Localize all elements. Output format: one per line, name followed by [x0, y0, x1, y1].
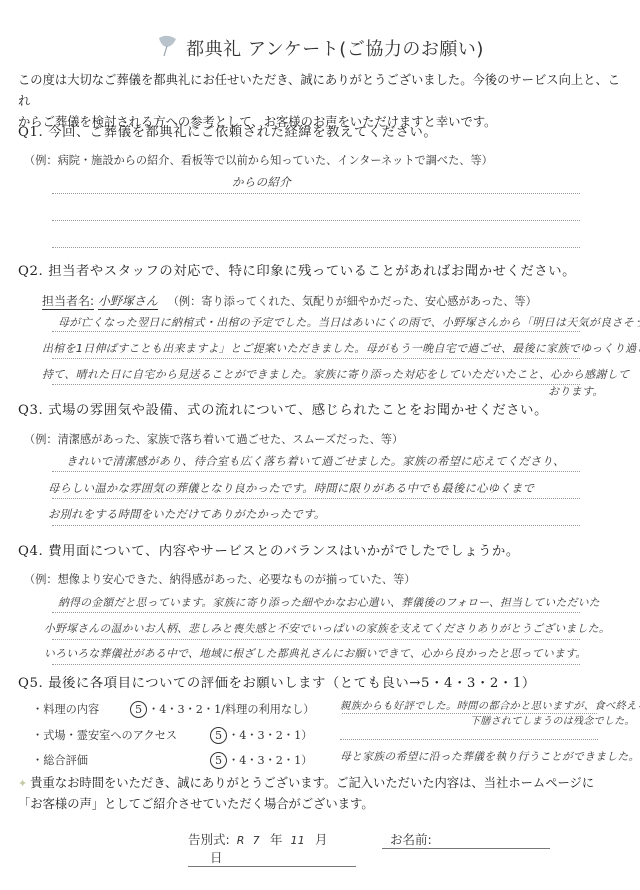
- rating-row-access: ・式場・霊安室へのアクセス5・4・3・2・1）: [32, 727, 312, 744]
- q3-answer-rule: [52, 498, 580, 499]
- rating-scale[interactable]: ・4・3・2・1/料理の利用なし）: [148, 703, 315, 716]
- q4-answer-rule: [52, 664, 580, 665]
- rating-label: ・料理の内容: [32, 701, 130, 717]
- q4-answer-line-2[interactable]: 小野塚さんの温かいお人柄、悲しみと喪失感と不安でいっぱいの家族を支えてくださりあ…: [44, 621, 610, 636]
- rating-comment-rule: [340, 739, 598, 740]
- q2-answer-line-2[interactable]: 出棺を1日伸ばすことも出来ますよ」とご提案いただきました。母がもう一晩自宅で過ご…: [42, 340, 640, 356]
- q4-answer-line-3[interactable]: いろいろな葬儀社がある中で、地域に根ざした都典礼さんにお願いできて、心から良かっ…: [44, 646, 586, 661]
- staff-name-label: 担当者名:: [42, 294, 94, 310]
- q2-answer-line-1[interactable]: 母が亡くなった翌日に納棺式・出棺の予定でした。当日はあいにくの雨で、小野塚さんか…: [58, 314, 640, 330]
- staff-name-field[interactable]: 担当者名: 小野塚さん （例：寄り添ってくれた、気配りが細やかだった、安心感があ…: [42, 292, 537, 309]
- q2-question: Q2. 担当者やスタッフの対応で、特に印象に残っていることがあればお聞かせくださ…: [18, 260, 576, 279]
- q4-answer-line-1[interactable]: 納得の金額だと思っています。家族に寄り添った細やかなお心遣い、葬儀後のフォロー、…: [58, 595, 600, 610]
- rating-option-5-selected[interactable]: 5: [130, 701, 147, 718]
- rating-row-food: ・料理の内容5・4・3・2・1/料理の利用なし）: [32, 701, 315, 718]
- era-value[interactable]: R: [237, 834, 245, 847]
- q3-example: （例：清潔感があった、家族で落ち着いて過ごせた、スムーズだった、等）: [24, 431, 403, 447]
- q1-answer-line-1[interactable]: からの紹介: [232, 174, 291, 190]
- month-value[interactable]: 11: [290, 834, 305, 847]
- q4-answer-rule: [52, 612, 580, 613]
- rating-row-overall: ・総合評価5・4・3・2・1）: [32, 752, 312, 769]
- q1-answer-rule: [52, 193, 580, 194]
- funeral-date-field[interactable]: 告別式: R 7 年 11 月 日: [188, 830, 356, 867]
- rating-option-5-selected[interactable]: 5: [210, 752, 227, 769]
- sparkle-icon: ✦: [18, 777, 27, 790]
- q5-question: Q5. 最後に各項目についての評価をお願いします（とても良い→5・4・3・2・1…: [18, 672, 536, 691]
- rating-label: ・総合評価: [32, 752, 210, 768]
- q2-answer-line-3[interactable]: 持て、晴れた日に自宅から見送ることができました。家族に寄り添った対応をしていただ…: [42, 366, 629, 382]
- q1-question: Q1. 今回、ご葬儀を都典礼にご依頼された経緯を教えてください。: [18, 121, 437, 140]
- name-field[interactable]: お名前:: [382, 830, 550, 849]
- q1-answer-rule: [52, 220, 580, 221]
- funeral-date-label: 告別式:: [188, 832, 230, 847]
- q4-answer-rule: [52, 639, 580, 640]
- name-label: お名前:: [390, 832, 432, 847]
- q2-answer-rule: [52, 384, 580, 385]
- q2-answer-line-4[interactable]: おります。: [548, 383, 604, 399]
- year-value[interactable]: 7: [253, 834, 260, 847]
- rating-comment-food-line-2[interactable]: 下膳されてしまうのは残念でした。: [470, 712, 635, 727]
- q3-question: Q3. 式場の雰囲気や設備、式の流れについて、感じられたことをお聞かせください。: [18, 399, 548, 418]
- q3-answer-rule: [52, 525, 580, 526]
- q2-answer-rule: [52, 358, 580, 359]
- q3-answer-rule: [52, 471, 580, 472]
- rating-scale[interactable]: ・4・3・2・1）: [228, 754, 312, 767]
- survey-title: 都典礼 アンケート(ご協力のお願い): [0, 34, 640, 63]
- q1-example: （例：病院・施設からの紹介、看板等で以前から知っていた、インターネットで調べた、…: [24, 152, 493, 168]
- q1-answer-rule: [52, 247, 580, 248]
- q3-answer-line-1[interactable]: きれいで清潔感があり、待合室も広く落ち着いて過ごせました。家族の希望に応えてくだ…: [66, 453, 565, 469]
- q3-answer-line-2[interactable]: 母らしい温かな雰囲気の葬儀となり良かったです。時間に限りがある中でも最後に心ゆく…: [48, 480, 534, 496]
- month-unit: 月: [315, 832, 328, 847]
- ginkgo-leaf-icon: [156, 34, 178, 63]
- q3-answer-line-3[interactable]: お別れをする時間をいただけてありがたかったです。: [48, 506, 325, 522]
- day-unit: 日: [210, 850, 223, 865]
- rating-scale[interactable]: ・4・3・2・1）: [228, 729, 312, 742]
- rating-comment-overall[interactable]: 母と家族の希望に沿った葬儀を執り行うことができました。: [340, 749, 640, 764]
- staff-name-value[interactable]: 小野塚さん: [98, 294, 158, 310]
- rating-label: ・式場・霊安室へのアクセス: [32, 727, 210, 743]
- q2-answer-rule: [52, 331, 580, 332]
- q4-example: （例：想像より安心できた、納得感があった、必要なものが揃っていた、等）: [24, 571, 415, 587]
- footer-note: ✦貴重なお時間をいただき、誠にありがとうございます。ご記入いただいた内容は、当社…: [18, 773, 628, 815]
- rating-option-5-selected[interactable]: 5: [210, 727, 227, 744]
- year-unit: 年: [270, 832, 283, 847]
- q2-example: （例：寄り添ってくれた、気配りが細やかだった、安心感があった、等）: [168, 295, 537, 308]
- rating-comment-food-line-1[interactable]: 親族からも好評でした。時間の都合かと思いますが、食べ終えると直ぐに: [340, 697, 640, 712]
- q4-question: Q4. 費用面について、内容やサービスとのバランスはいかがでしたでしょうか。: [18, 540, 520, 559]
